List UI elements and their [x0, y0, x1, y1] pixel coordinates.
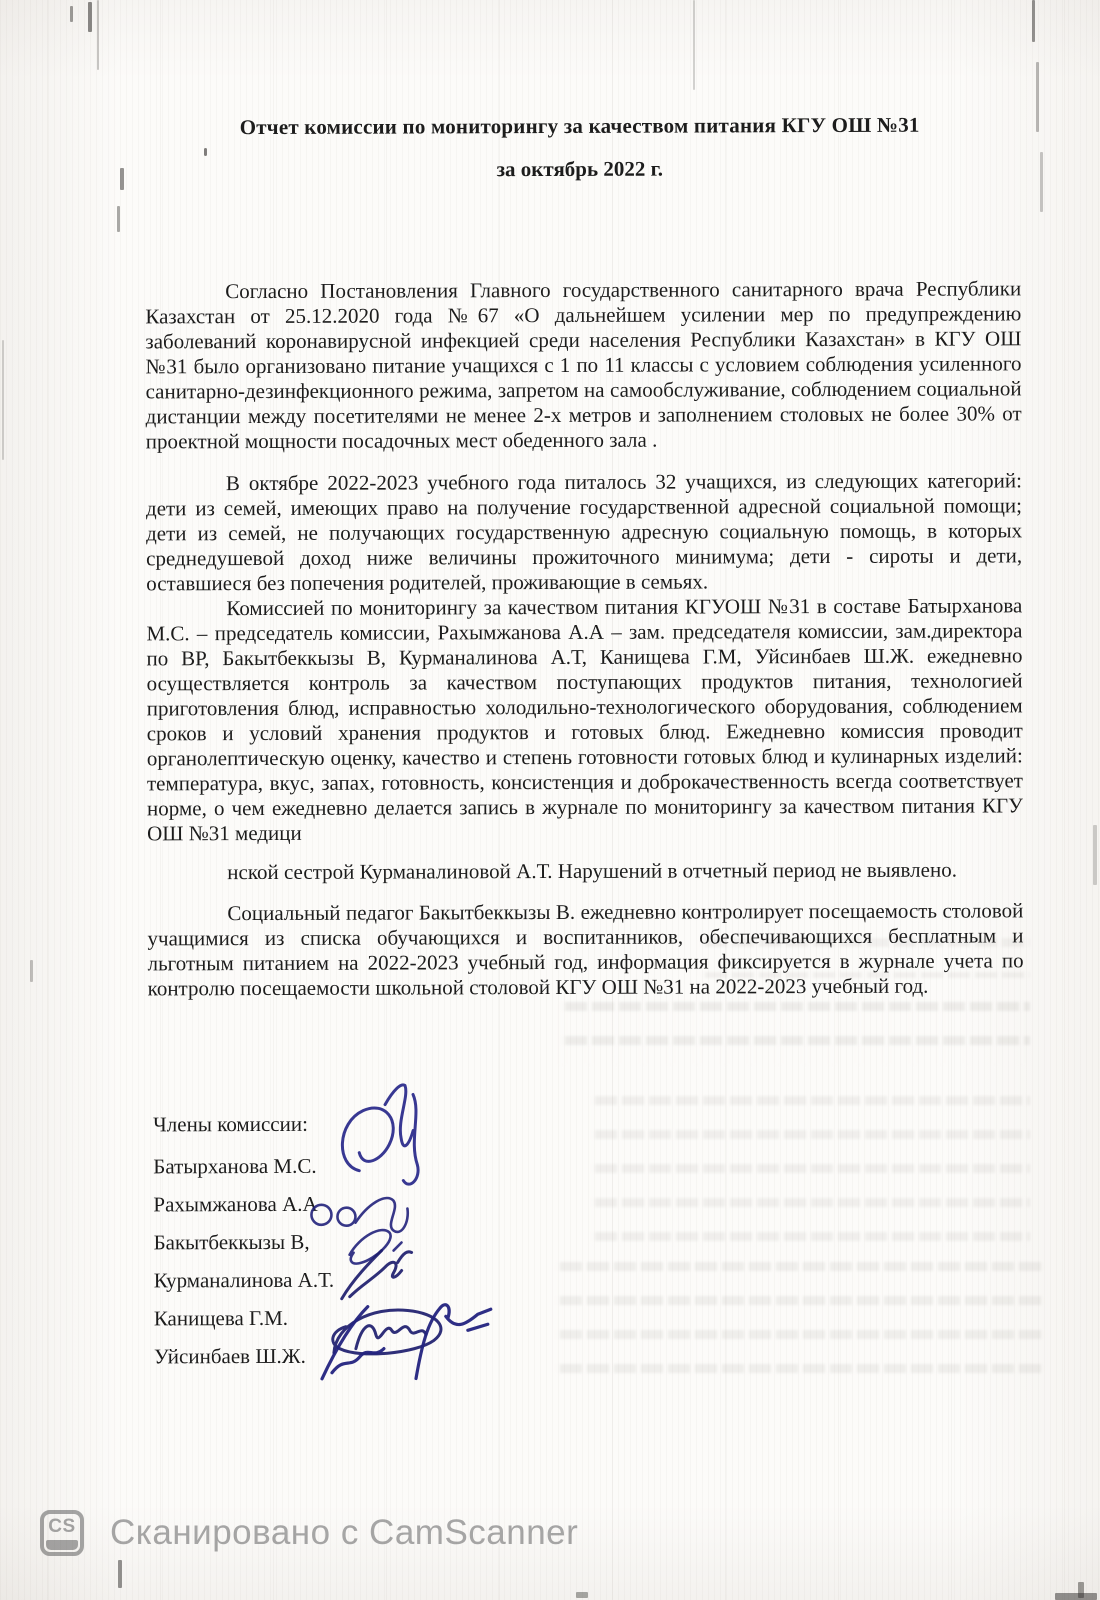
document-title-block: Отчет комиссии по мониторингу за качеств…: [142, 110, 1018, 184]
paragraph-social-teacher: Социальный педагог Бакытбеккызы В. ежедн…: [147, 898, 1023, 1001]
camscanner-icon: CS: [40, 1510, 84, 1556]
camscanner-watermark-text: Сканировано с CamScanner: [110, 1513, 578, 1553]
paragraph-commission: Комиссией по мониторингу за качеством пи…: [146, 593, 1023, 846]
paragraph-regulation: Согласно Постановления Главного государс…: [145, 276, 1022, 454]
paragraph-categories: В октябре 2022-2023 учебного года питало…: [146, 468, 1022, 596]
camscanner-icon-bar: [46, 1540, 78, 1550]
camscanner-watermark: CS Сканировано с CamScanner: [40, 1510, 578, 1556]
scanned-document-page: Отчет комиссии по мониторингу за качеств…: [0, 0, 1100, 1600]
document-subtitle: за октябрь 2022 г.: [142, 153, 1018, 184]
document-title: Отчет комиссии по мониторингу за качеств…: [142, 110, 1018, 141]
document-body: Согласно Постановления Главного государс…: [145, 250, 1024, 1001]
camscanner-icon-label: CS: [44, 1515, 80, 1539]
handwritten-signatures-ink: [297, 1072, 498, 1383]
paragraph-nurse: нской сестрой Курманалиновой А.Т. Наруше…: [147, 857, 1023, 885]
document-content: Отчет комиссии по мониторингу за качеств…: [0, 0, 1100, 1600]
